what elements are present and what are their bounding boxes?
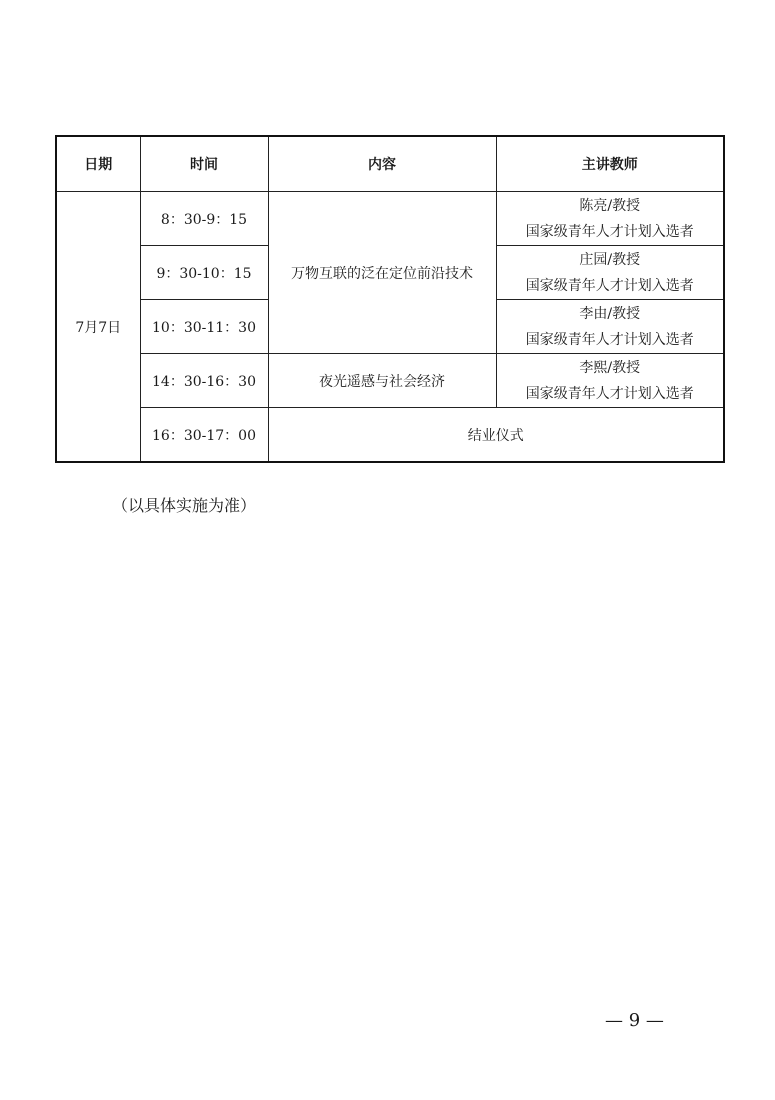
time-cell: 14：30-16：30: [140, 354, 268, 408]
content-cell: 结业仪式: [268, 408, 724, 463]
table-header-row: 日期 时间 内容 主讲教师: [56, 136, 724, 192]
date-cell: 7月7日: [56, 192, 140, 463]
schedule-table: 日期 时间 内容 主讲教师 7月7日 8：30-9：15 万物互联的泛在定位前沿…: [55, 135, 725, 463]
header-content: 内容: [268, 136, 496, 192]
teacher-title: 国家级青年人才计划入选者: [497, 381, 724, 407]
teacher-cell: 李熙/教授 国家级青年人才计划入选者: [496, 354, 724, 408]
teacher-name: 陈亮/教授: [497, 193, 724, 219]
teacher-name: 庄园/教授: [497, 247, 724, 273]
teacher-cell: 李由/教授 国家级青年人才计划入选者: [496, 300, 724, 354]
time-cell: 16：30-17：00: [140, 408, 268, 463]
teacher-title: 国家级青年人才计划入选者: [497, 273, 724, 299]
time-cell: 10：30-11：30: [140, 300, 268, 354]
table-row: 7月7日 8：30-9：15 万物互联的泛在定位前沿技术 陈亮/教授 国家级青年…: [56, 192, 724, 246]
time-cell: 9：30-10：15: [140, 246, 268, 300]
content-cell: 夜光遥感与社会经济: [268, 354, 496, 408]
table-row: 14：30-16：30 夜光遥感与社会经济 李熙/教授 国家级青年人才计划入选者: [56, 354, 724, 408]
page-number: — 9 —: [605, 1010, 664, 1031]
teacher-name: 李熙/教授: [497, 355, 724, 381]
content-cell: 万物互联的泛在定位前沿技术: [268, 192, 496, 354]
header-teacher: 主讲教师: [496, 136, 724, 192]
teacher-cell: 陈亮/教授 国家级青年人才计划入选者: [496, 192, 724, 246]
teacher-cell: 庄园/教授 国家级青年人才计划入选者: [496, 246, 724, 300]
table-row: 16：30-17：00 结业仪式: [56, 408, 724, 463]
teacher-title: 国家级青年人才计划入选者: [497, 219, 724, 245]
note-text: （以具体实施为准）: [112, 493, 256, 516]
teacher-title: 国家级青年人才计划入选者: [497, 327, 724, 353]
header-date: 日期: [56, 136, 140, 192]
teacher-name: 李由/教授: [497, 301, 724, 327]
time-cell: 8：30-9：15: [140, 192, 268, 246]
header-time: 时间: [140, 136, 268, 192]
